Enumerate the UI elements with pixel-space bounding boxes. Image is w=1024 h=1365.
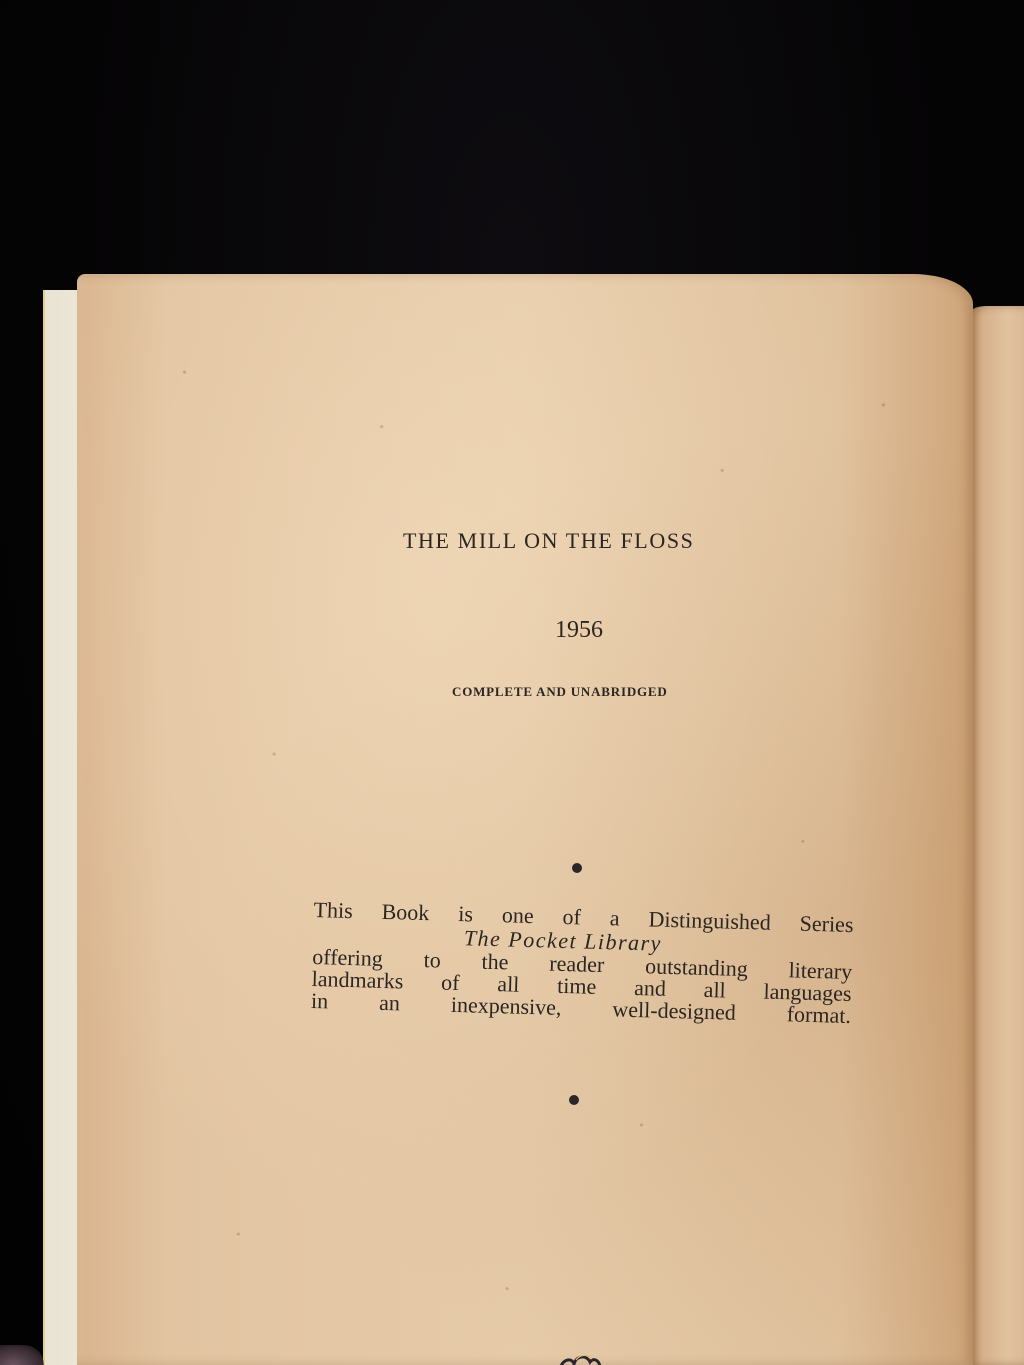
bullet-ornament-icon <box>569 1095 579 1105</box>
publication-year: 1956 <box>555 617 603 644</box>
book-title: THE MILL ON THE FLOSS <box>403 528 695 554</box>
title-page <box>77 274 973 1365</box>
edition-note: COMPLETE AND UNABRIDGED <box>452 684 668 700</box>
publisher-mark-icon <box>556 1350 602 1365</box>
series-blurb: This Book is one of a Distinguished Seri… <box>311 898 854 1027</box>
paper-foxing-texture <box>77 274 973 1365</box>
next-page-edge <box>968 306 1024 1365</box>
bullet-ornament-icon <box>572 863 582 873</box>
